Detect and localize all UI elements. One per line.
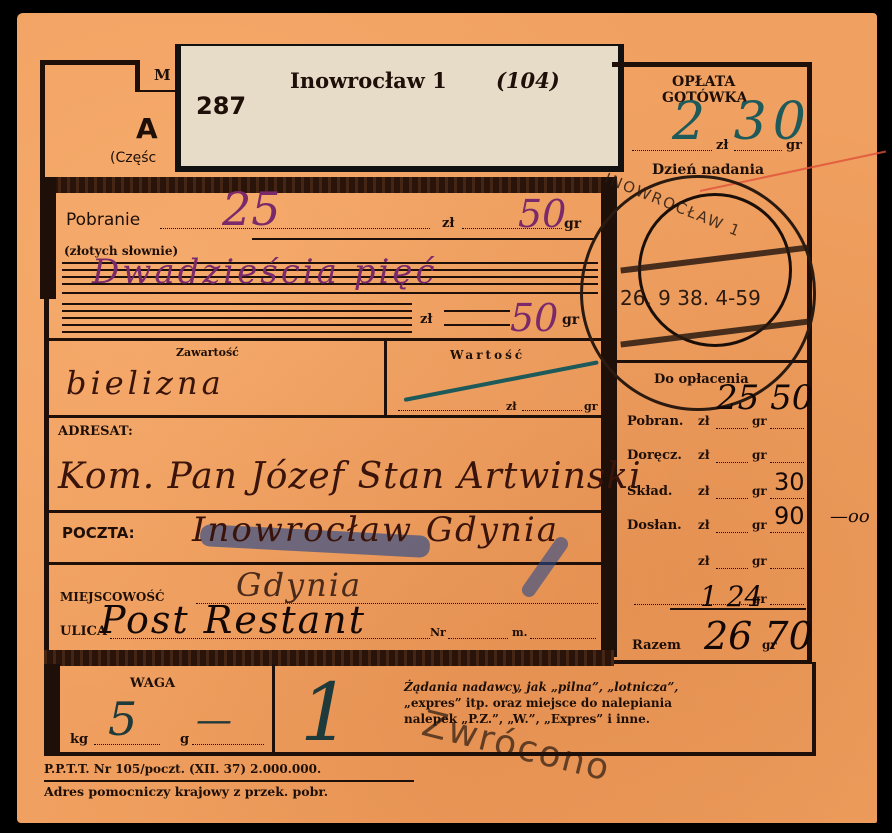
top-left-frame-step [135,60,140,92]
topay-row-dots [770,498,804,499]
topay-row-dots [716,568,748,569]
footer-rule [44,780,414,782]
topay-row-gr: gr [752,554,767,568]
top-left-frame-top [40,60,138,65]
cod-label: Pobranie [66,210,140,230]
contents-label: Zawartość [176,346,239,359]
topay-row-dots [716,428,748,429]
postmark-date: 26. 9 38. 4-59 [620,286,761,310]
topay-row-gr: gr [752,518,767,532]
topay-row-hand: 30 [774,468,805,496]
cod-hand-zl: 25 [222,182,281,236]
cod-hand-words: Dwadzieścia pięć [92,252,438,292]
ruled-12 [444,324,510,326]
cod-zl-dots [160,228,430,229]
topay-row-gr: gr [752,484,767,498]
subtitle-partial: (Częśc [110,150,156,166]
label-office: Inowrocław 1 [290,68,447,93]
post-hand: Inowrocław Gdynia [192,510,559,550]
top-left-frame-step2 [138,90,178,92]
addressee-label: ADRESAT: [58,424,133,439]
weight-hand-g: — [196,700,232,741]
title-partial-m: M [154,66,171,84]
weight-g-dots [192,744,264,745]
topay-row-dots [770,532,804,533]
topay-row-dots [770,462,804,463]
cod-hand-gr-2: 50 [510,296,558,340]
main-frame-bottom [44,650,614,666]
cod-sep [252,238,596,240]
label-number: 287 [196,92,246,120]
weight-bottom [44,752,816,756]
value-zl-dots [398,410,498,411]
value-gr-dots [522,410,582,411]
topay-row-dots [716,462,748,463]
topay-total-label: Razem [632,638,681,653]
topay-total-hand: 26 70 [704,614,813,658]
topay-row-label: Skład. [627,484,672,499]
value-gr: gr [584,400,598,413]
topay-row-zl: zł [698,484,709,498]
topay-bottom [614,660,812,664]
topay-row-dots [770,428,804,429]
cod-gr-2: gr [562,312,579,328]
ruled-5 [62,292,598,294]
topay-row-dots [770,568,804,569]
street-hand: Post Restant [100,598,366,642]
title-partial-a: A [136,112,158,145]
cod-zl: zł [442,216,454,231]
fee-hand-amount: 2 30 [672,92,812,152]
weight-left [44,664,60,754]
ruled-10 [62,331,412,333]
street-flat: m. [512,626,527,639]
label-office-code: (104) [496,68,560,93]
weight-label: WAGA [130,676,175,691]
ruled-9 [62,324,412,326]
topay-margin-note: —oo [830,506,870,527]
addressee-hand: Kom. Pan Józef Stan Artwinski [58,456,642,497]
topay-row-zl: zł [698,414,709,428]
street-no: Nr [430,626,446,639]
form-code: P.P.T.T. Nr 105/poczt. (XII. 37) 2.000.0… [44,762,321,776]
main-frame-top [40,177,615,193]
cod-bottom [48,338,604,341]
main-frame-left [44,177,49,667]
topay-row-label: Doręcz. [627,448,682,463]
fee-box-top [612,62,810,67]
topay-top [614,360,810,363]
contents-bottom [48,415,604,418]
street-flat-dots [530,638,596,639]
form-title: Adres pomocniczy krajowy z przek. pobr. [44,784,328,799]
topay-row-zl: zł [698,448,709,462]
street-no-dots [448,638,508,639]
value-label: Wartość [450,348,525,362]
topay-row-dots [770,604,804,605]
contents-hand: bielizna [66,364,225,402]
post-bottom [48,562,604,565]
cod-hand-gr: 50 [518,192,566,236]
fee-title-1: OPŁATA [672,74,735,90]
weight-hand-kg: 5 [108,692,137,746]
topay-row-label: Pobran. [627,414,683,429]
topay-row-dots [716,498,748,499]
ruled-11 [444,310,510,312]
instructions-line-1: Żądania nadawcy, jak „pilna”, „lotnicza”… [404,680,678,694]
instructions-right [812,662,816,754]
topay-row-zl: zł [698,554,709,568]
topay-row-gr: gr [752,448,767,462]
topay-row-zl: zł [698,518,709,532]
cod-zl-2: zł [420,312,432,327]
ruled-8 [62,317,412,319]
topay-row-hand: 1 24 [700,580,762,613]
ruled-7 [62,310,412,312]
instructions-hand-mark: 1 [300,666,351,759]
ruled-6 [62,303,412,305]
value-zl: zł [506,400,516,413]
topay-row-dots [716,532,748,533]
topay-row-label: Dosłan. [627,518,682,533]
top-left-frame-left [40,60,45,180]
weight-divider [272,664,275,754]
contents-divider [384,340,387,416]
post-label: POCZTA: [62,524,135,542]
weight-kg: kg [70,732,88,747]
topay-row-hand: 25 50 [716,378,813,418]
topay-row-hand: 90 [774,502,805,530]
cod-gr: gr [564,216,581,232]
weight-g: g [180,732,189,747]
